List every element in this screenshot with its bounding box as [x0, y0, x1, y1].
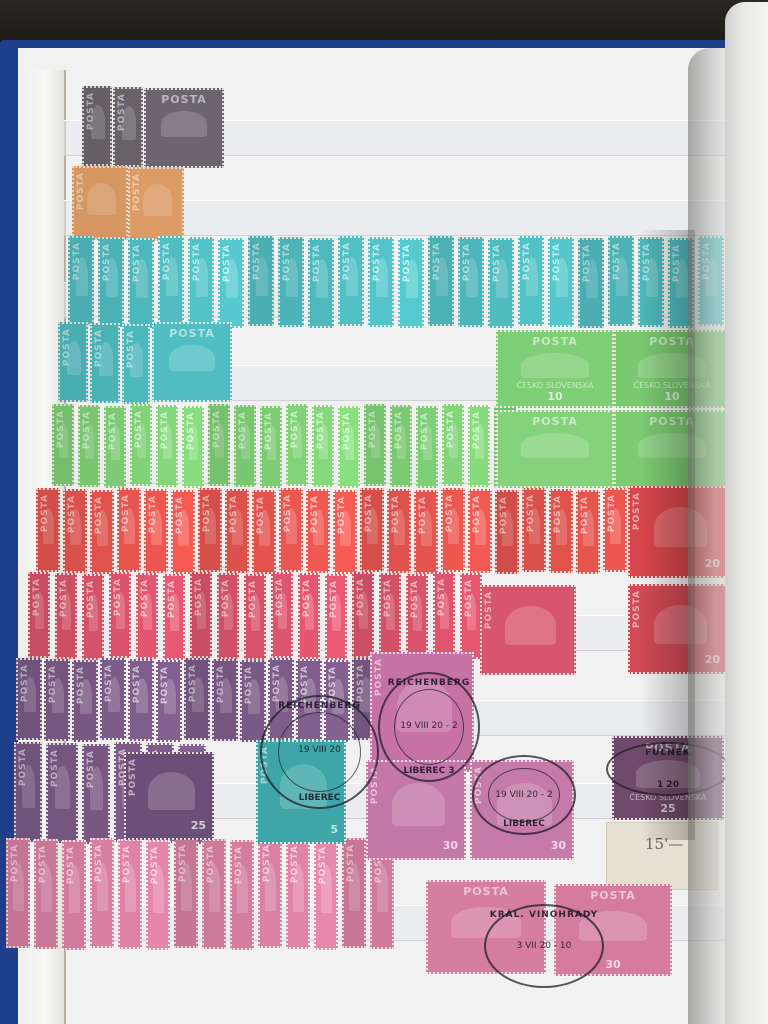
stamp-text: POSTA	[498, 415, 612, 428]
castle-vignette	[108, 677, 120, 712]
stamp-pink: POSTA	[62, 840, 86, 950]
stamp-green: POSTA	[286, 404, 308, 486]
castle-vignette	[502, 510, 513, 546]
castle-vignette	[89, 594, 99, 631]
stamp-denomination: 30	[556, 958, 670, 971]
castle-vignette	[377, 864, 388, 912]
stamp-red: POSTA	[63, 489, 87, 573]
stamp-teal: POSTA	[152, 322, 232, 402]
castle-vignette	[304, 678, 316, 713]
castle-vignette	[583, 510, 594, 546]
stamp-rose: POSTA	[217, 573, 239, 659]
castle-vignette	[189, 425, 199, 460]
stamp-text: POSTA	[474, 766, 484, 804]
stamp-teal: POSTA	[578, 238, 604, 328]
stamp-red: POSTA	[306, 489, 330, 573]
stamp-pink: POSTA	[118, 839, 142, 949]
castle-vignette	[467, 593, 477, 630]
castle-vignette	[111, 425, 121, 460]
stamp-rose: POSTA	[298, 573, 320, 659]
stamp-denomination: 30	[443, 839, 458, 852]
castle-vignette	[466, 258, 478, 297]
castle-vignette	[505, 606, 556, 645]
stamp-teal: POSTA	[548, 237, 574, 327]
stamp-violet-25: POSTA 25	[124, 752, 214, 840]
stamp-violet: POSTA	[212, 659, 238, 741]
castle-vignette	[397, 424, 407, 459]
stamp-rose: POSTA	[190, 572, 212, 658]
castle-vignette	[265, 863, 276, 911]
stamp-rose: POSTA	[109, 572, 131, 658]
stamp-rose: POSTA	[28, 572, 50, 658]
castle-vignette	[137, 423, 147, 458]
castle-vignette	[161, 111, 207, 137]
castle-vignette	[13, 863, 24, 911]
castle-vignette	[305, 593, 315, 630]
glassine-interleaf-outer	[725, 2, 768, 1024]
stamp-pink: POSTA	[342, 838, 366, 948]
castle-vignette	[35, 592, 45, 629]
stamp-teal: POSTA	[68, 236, 94, 326]
stamp-pink: POSTA	[6, 838, 30, 948]
castle-vignette	[448, 508, 459, 544]
stamp-text: POSTA	[128, 758, 138, 796]
castle-vignette	[143, 184, 172, 216]
stamp-text: POSTA	[146, 93, 222, 106]
stamp-rose-large: POSTA	[480, 585, 576, 675]
stamp-pink: POSTA	[202, 839, 226, 949]
stamp-red: POSTA	[549, 489, 573, 573]
stamp-green: POSTA	[442, 404, 464, 486]
castle-vignette	[349, 863, 360, 911]
stamp-text: POSTA	[154, 327, 230, 340]
castle-vignette	[237, 865, 248, 913]
castle-vignette	[130, 343, 143, 377]
castle-vignette	[59, 423, 69, 458]
stamp-pink: POSTA	[146, 840, 170, 950]
stamp-violet: POSTA	[268, 658, 294, 740]
stamp-red: POSTA	[441, 488, 465, 572]
stamp-red: POSTA	[414, 490, 438, 574]
castle-vignette	[497, 783, 552, 826]
stamp-green-10: POSTA	[496, 410, 614, 488]
castle-vignette	[70, 509, 81, 545]
stamp-rose: POSTA	[136, 573, 158, 659]
stamp-red: POSTA	[333, 490, 357, 574]
castle-vignette	[69, 865, 80, 913]
castle-vignette	[153, 865, 164, 913]
stamp-red: POSTA	[117, 488, 141, 572]
castle-vignette	[371, 423, 381, 458]
castle-vignette	[556, 258, 568, 297]
stamp-pink: POSTA	[286, 839, 310, 949]
castle-vignette	[116, 592, 126, 629]
castle-vignette	[286, 258, 298, 297]
castle-vignette	[106, 258, 118, 297]
stamp-rose: POSTA	[82, 574, 104, 660]
castle-vignette	[43, 508, 54, 544]
stamp-violet: POSTA	[128, 659, 154, 741]
stamp-rose: POSTA	[352, 572, 374, 658]
castle-vignette	[91, 105, 105, 139]
castle-vignette	[90, 767, 103, 810]
stamp-green: POSTA	[182, 406, 204, 488]
castle-vignette	[55, 766, 70, 809]
stamp-pink-30: POSTA 30	[554, 884, 672, 976]
castle-vignette	[24, 677, 36, 712]
stamp-gray: POSTA	[113, 87, 143, 167]
stamp-teal: POSTA	[218, 238, 244, 328]
castle-vignette	[87, 183, 116, 215]
stamp-green: POSTA	[208, 404, 230, 486]
stamp-red: POSTA	[387, 489, 411, 573]
stamp-teal: POSTA	[398, 238, 424, 328]
castle-vignette	[224, 593, 234, 630]
stamp-text: POSTA	[260, 746, 270, 784]
castle-vignette	[80, 679, 92, 714]
stamp-teal: POSTA	[188, 237, 214, 327]
castle-vignette	[52, 678, 64, 713]
stamp-pink: POSTA	[90, 838, 114, 948]
stamp-green: POSTA	[312, 405, 334, 487]
castle-vignette	[496, 259, 508, 298]
stamp-pink: POSTA	[34, 839, 58, 949]
castle-vignette	[451, 907, 521, 938]
castle-vignette	[163, 424, 173, 459]
castle-vignette	[610, 508, 621, 544]
castle-vignette	[386, 593, 396, 630]
stamp-teal: POSTA	[128, 238, 154, 328]
castle-vignette	[164, 679, 176, 714]
stamp-teal: POSTA	[308, 238, 334, 328]
stamp-orange: POSTA	[72, 166, 128, 240]
castle-vignette	[85, 424, 95, 459]
castle-vignette	[197, 592, 207, 629]
stamp-violet: POSTA	[44, 659, 70, 741]
stamp-green: POSTA	[104, 406, 126, 488]
castle-vignette	[67, 341, 81, 375]
stamp-red: POSTA	[198, 488, 222, 572]
castle-vignette	[313, 509, 324, 545]
castle-vignette	[556, 509, 567, 545]
castle-vignette	[319, 424, 329, 459]
castle-vignette	[125, 864, 136, 912]
stamp-violet: POSTA	[156, 660, 182, 742]
castle-vignette	[397, 680, 452, 732]
castle-vignette	[321, 865, 332, 913]
stamp-rose: POSTA	[271, 572, 293, 658]
castle-vignette	[586, 259, 598, 298]
stamp-green: POSTA	[260, 406, 282, 488]
castle-vignette	[97, 863, 108, 911]
stamp-teal: POSTA	[368, 237, 394, 327]
stamp-violet: POSTA	[14, 742, 42, 842]
castle-vignette	[359, 592, 369, 629]
castle-vignette	[392, 783, 445, 826]
stamp-teal: POSTA	[518, 236, 544, 326]
castle-vignette	[293, 864, 304, 912]
stamp-violet: POSTA	[296, 659, 322, 741]
stamp-text: POSTA	[374, 658, 384, 696]
castle-vignette	[148, 772, 195, 810]
castle-vignette	[526, 257, 538, 296]
photo-scene: POSTAPOSTAPOSTAPOSTAPOSTAPOSTAPOSTAPOSTA…	[0, 0, 768, 1024]
stamp-rose: POSTA	[379, 573, 401, 659]
stamp-denomination: 10	[498, 390, 612, 403]
stamp-green: POSTA	[416, 406, 438, 488]
castle-vignette	[124, 508, 135, 544]
castle-vignette	[76, 257, 88, 296]
castle-vignette	[475, 424, 485, 459]
castle-vignette	[151, 509, 162, 545]
stamp-red: POSTA	[468, 489, 492, 573]
stamp-red: POSTA	[522, 488, 546, 572]
castle-vignette	[169, 345, 215, 371]
stamp-mauve-30: POSTA	[370, 652, 474, 772]
stamp-violet: POSTA	[82, 744, 110, 844]
castle-vignette	[475, 509, 486, 545]
stamp-text: POSTA	[428, 885, 544, 898]
stamp-teal: POSTA	[122, 324, 150, 404]
castle-vignette	[232, 509, 243, 545]
stamp-red: POSTA	[603, 488, 627, 572]
castle-vignette	[181, 863, 192, 911]
stamp-country: ČESKO SLOVENSKÁ	[498, 381, 612, 390]
stamp-teal: POSTA	[248, 236, 274, 326]
castle-vignette	[267, 425, 277, 460]
stamp-denomination: 5	[330, 823, 338, 836]
stamp-text: POSTA	[76, 172, 86, 210]
stamp-green: POSTA	[52, 404, 74, 486]
castle-vignette	[122, 106, 136, 140]
stamp-text: POSTA	[132, 173, 142, 211]
stamp-rose: POSTA	[244, 574, 266, 660]
stamp-red: POSTA	[171, 490, 195, 574]
castle-vignette	[436, 257, 448, 296]
stamp-pink-30: POSTA	[426, 880, 546, 974]
page-shadow	[640, 230, 695, 840]
stamp-violet: POSTA	[16, 658, 42, 740]
stamp-text: POSTA	[484, 591, 494, 629]
castle-vignette	[226, 259, 238, 298]
stamp-teal: POSTA	[90, 323, 120, 403]
stamp-green: POSTA	[468, 405, 490, 487]
castle-vignette	[521, 433, 589, 458]
castle-vignette	[440, 592, 450, 629]
stamp-teal: POSTA	[488, 238, 514, 328]
stamp-denomination: 25	[191, 819, 206, 832]
castle-vignette	[278, 592, 288, 629]
stamp-red: POSTA	[279, 488, 303, 572]
stamp-orange: POSTA	[128, 167, 184, 241]
stamp-red: POSTA	[225, 489, 249, 573]
stamp-rose: POSTA	[55, 573, 77, 659]
castle-vignette	[316, 259, 328, 298]
castle-vignette	[276, 677, 288, 712]
castle-vignette	[220, 678, 232, 713]
stamp-gray: POSTA	[144, 88, 224, 168]
castle-vignette	[449, 423, 459, 458]
castle-vignette	[367, 508, 378, 544]
castle-vignette	[205, 508, 216, 544]
stamp-pink: POSTA	[258, 838, 282, 948]
stamp-text: POSTA	[556, 889, 670, 902]
stamp-rose: POSTA	[460, 573, 482, 659]
castle-vignette	[136, 678, 148, 713]
castle-vignette	[166, 257, 178, 296]
castle-vignette	[376, 258, 388, 297]
stamp-mauve-30: POSTA 30	[470, 760, 574, 860]
castle-vignette	[99, 342, 113, 376]
castle-vignette	[209, 864, 220, 912]
stamp-rose: POSTA	[325, 574, 347, 660]
castle-vignette	[280, 764, 327, 809]
castle-vignette	[178, 510, 189, 546]
stamp-red: POSTA	[360, 488, 384, 572]
castle-vignette	[406, 259, 418, 298]
stamp-violet: POSTA	[240, 660, 266, 742]
castle-vignette	[241, 424, 251, 459]
stamp-teal: POSTA	[158, 236, 184, 326]
castle-vignette	[170, 594, 180, 631]
stamp-teal: POSTA	[428, 236, 454, 326]
castle-vignette	[22, 765, 35, 808]
castle-vignette	[62, 593, 72, 630]
stamp-pink: POSTA	[314, 840, 338, 950]
stamp-mauve-30: POSTA 30	[366, 760, 466, 860]
stamp-violet: POSTA	[72, 660, 98, 742]
stamp-green: POSTA	[234, 405, 256, 487]
stamp-teal-5: POSTA 5	[256, 740, 346, 844]
castle-vignette	[248, 679, 260, 714]
stamp-red: POSTA	[90, 490, 114, 574]
castle-vignette	[423, 425, 433, 460]
castle-vignette	[521, 353, 589, 378]
stamp-green: POSTA	[364, 404, 386, 486]
stamp-denomination: 30	[551, 839, 566, 852]
castle-vignette	[251, 594, 261, 631]
stamp-pink: POSTA	[174, 838, 198, 948]
castle-vignette	[259, 510, 270, 546]
stamp-red: POSTA	[576, 490, 600, 574]
castle-vignette	[256, 257, 268, 296]
stamp-green: POSTA	[130, 404, 152, 486]
castle-vignette	[136, 259, 148, 298]
castle-vignette	[143, 593, 153, 630]
stamp-violet: POSTA	[46, 743, 78, 843]
castle-vignette	[346, 257, 358, 296]
stamp-rose: POSTA	[163, 574, 185, 660]
stamp-green: POSTA	[156, 405, 178, 487]
castle-vignette	[529, 508, 540, 544]
stamp-teal: POSTA	[98, 237, 124, 327]
stamp-rose: POSTA	[406, 574, 428, 660]
stamp-gray: POSTA	[82, 86, 112, 166]
stamp-green: POSTA	[338, 406, 360, 488]
castle-vignette	[413, 594, 423, 631]
castle-vignette	[421, 510, 432, 546]
castle-vignette	[41, 864, 52, 912]
stamp-violet: POSTA	[184, 658, 210, 740]
castle-vignette	[293, 423, 303, 458]
stamp-text: POSTA	[370, 766, 380, 804]
castle-vignette	[340, 510, 351, 546]
castle-vignette	[196, 258, 208, 297]
stamp-green: POSTA	[390, 405, 412, 487]
castle-vignette	[332, 594, 342, 631]
castle-vignette	[332, 679, 344, 714]
castle-vignette	[215, 423, 225, 458]
stamp-violet: POSTA	[324, 660, 350, 742]
stamp-pink: POSTA	[230, 840, 254, 950]
stamp-teal: POSTA	[58, 322, 88, 402]
stamp-rose: POSTA	[433, 572, 455, 658]
stamp-red: POSTA	[36, 488, 60, 572]
stamp-teal: POSTA	[338, 236, 364, 326]
castle-vignette	[394, 509, 405, 545]
castle-vignette	[579, 911, 647, 941]
stamp-teal: POSTA	[278, 237, 304, 327]
stamp-red: POSTA	[252, 490, 276, 574]
castle-vignette	[345, 425, 355, 460]
castle-vignette	[97, 510, 108, 546]
stamp-red: POSTA	[144, 489, 168, 573]
castle-vignette	[192, 677, 204, 712]
stamp-violet: POSTA	[100, 658, 126, 740]
stamp-red: POSTA	[495, 490, 519, 574]
castle-vignette	[616, 257, 628, 296]
castle-vignette	[286, 508, 297, 544]
stamp-green-10: POSTA ČESKO SLOVENSKÁ 10	[496, 330, 614, 408]
stamp-green: POSTA	[78, 405, 100, 487]
stamp-teal: POSTA	[608, 236, 634, 326]
stamp-text: POSTA	[498, 335, 612, 348]
stamp-teal: POSTA	[458, 237, 484, 327]
